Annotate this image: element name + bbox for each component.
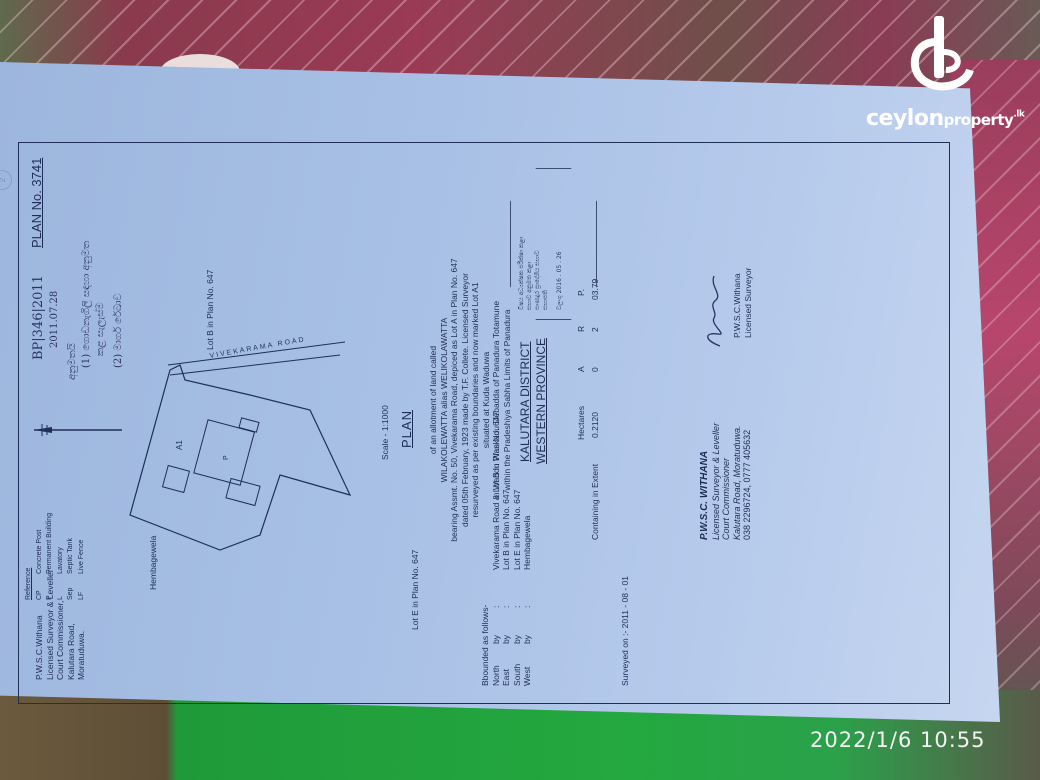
- desc-line: bearing Assmt. No. 50, Vivekarama Road, …: [449, 240, 460, 560]
- stamp-line: සභාව අනුමත කළා: [526, 237, 534, 310]
- signer-name: P.W.S.C. WITHANA: [700, 423, 711, 540]
- signer-right-name: P.W.S.C.Withana: [732, 268, 743, 338]
- roods-value: 2: [590, 327, 600, 332]
- extent-label: Containing in Extent: [590, 464, 600, 540]
- bound-sep: :: [512, 578, 523, 608]
- hectares-value: 0.2120: [590, 412, 600, 438]
- scale-label: Scale - 1:1000: [380, 405, 390, 460]
- bound-dir: East: [501, 652, 512, 686]
- bound-value: Hembagewela: [522, 516, 533, 570]
- desc-line: resurveyed as per existing boundaries an…: [470, 240, 481, 560]
- stamp-text: විෂය අධ්‍යක්ෂක පරීක්ෂා කළා සභාව අනුමත කළ…: [518, 237, 564, 310]
- bound-dir: North: [491, 652, 502, 686]
- handwritten-note-2: (1) ගොඩනැගිලි සඳහා අනුමත: [82, 241, 92, 368]
- acres-label: A: [576, 366, 586, 372]
- signature-block: P.W.S.C. WITHANA Licensed Surveyor & Lev…: [700, 423, 753, 540]
- ref-meaning: Live Fence: [77, 540, 88, 574]
- brand-sub: property: [944, 111, 1014, 129]
- ref-code: Sep: [66, 582, 77, 600]
- ref-code: P: [45, 582, 56, 600]
- ref-code: L: [56, 582, 67, 600]
- boundaries: Bbounded as follows- Northby:Vivekarama …: [480, 412, 533, 686]
- ref-meaning: Lavatory: [56, 547, 67, 574]
- bound-sep: :: [491, 578, 502, 608]
- page-mark: 2: [0, 170, 12, 190]
- bound-value: Vivekarama Road & Lot B in Plan No. 647: [491, 412, 502, 570]
- bound-dir: South: [512, 652, 523, 686]
- bound-by: by: [522, 616, 533, 644]
- plan-number: PLAN No. 3741: [32, 158, 42, 248]
- ref-meaning: Permanent Building: [45, 513, 56, 574]
- stamp-line: පාණදුර ප්‍රාදේශීය සභාව: [534, 237, 542, 310]
- signer-phone: 038 2296724, 0777 405632: [742, 423, 753, 540]
- signer-role: Court Commissioner: [721, 423, 732, 540]
- desc-line: of an allotment of land called: [428, 240, 439, 560]
- signer-address: Kalutara Road, Moratuduwa.: [732, 423, 743, 540]
- boundaries-title: Bbounded as follows-: [480, 412, 491, 686]
- province-label: WESTERN PROVINCE: [536, 338, 546, 464]
- stamp-line: විෂය අධ්‍යක්ෂක පරීක්ෂා කළා: [518, 237, 526, 310]
- bound-dir: West: [522, 652, 533, 686]
- ref-code: CP: [35, 582, 46, 600]
- bound-by: by: [501, 616, 512, 644]
- reference-legend: Reference CPConcrete Post PPermanent Bui…: [24, 513, 87, 600]
- bound-sep: :: [522, 578, 533, 608]
- signature-icon: [700, 270, 730, 350]
- brand-tld: .lk: [1013, 110, 1024, 120]
- signer-right-title: Licensed Surveyor: [743, 268, 754, 338]
- handwritten-ref: BP|346|2011: [34, 275, 44, 360]
- stamp-date: වලංගු 2016 . 05 . 26: [556, 237, 564, 310]
- ceylonproperty-watermark: ceylonproperty.lk: [866, 12, 1036, 132]
- bound-by: by: [491, 616, 502, 644]
- ref-meaning: Concrete Post: [35, 530, 46, 574]
- roods-label: R: [576, 326, 586, 332]
- map-label-west: Lot E in Plan No. 647: [410, 550, 420, 630]
- handwritten-note-1: අනුමතයි: [68, 343, 78, 380]
- handwritten-note-3: කළ සැලැස්ම: [96, 302, 106, 356]
- road-label: VIVEKARAMA ROAD: [209, 336, 306, 360]
- ceylonproperty-logo-icon: [906, 12, 976, 102]
- surveyed-on: Surveyed on :- 2011 - 08 - 01: [620, 576, 630, 686]
- brand-main: ceylon: [866, 106, 944, 131]
- ref-meaning: Septic Tank: [66, 538, 77, 574]
- bound-value: Lot E in Plan No. 647: [512, 490, 523, 570]
- handwritten-date: 2011.07.28: [50, 291, 60, 348]
- bound-by: by: [512, 616, 523, 644]
- signer-right: P.W.S.C.Withana Licensed Surveyor: [732, 268, 753, 338]
- signer-title: Licensed Surveyor & Leveller: [711, 423, 722, 540]
- survey-plan-document: 2 P.W.S.C.Withana Licensed Surveyor & Le…: [10, 120, 970, 720]
- desc-line: WILAKOLEWATTA alias WELIKOLAWATTA: [439, 240, 450, 560]
- bound-sep: :: [501, 578, 512, 608]
- stamp-line: සභාපති: [542, 237, 550, 310]
- lot-label: A1: [175, 440, 184, 450]
- land-plot-drawing: VIVEKARAMA ROAD A1 P: [110, 330, 370, 570]
- hectares-label: Hectares: [576, 406, 586, 440]
- reference-title: Reference: [24, 513, 35, 600]
- watermark-text: ceylonproperty.lk: [866, 106, 1024, 131]
- acres-value: 0: [590, 367, 600, 372]
- svg-text:P: P: [223, 455, 230, 460]
- bound-value: Lot B in Plan No. 647: [501, 490, 512, 570]
- ref-code: LF: [77, 582, 88, 600]
- plan-title: PLAN: [402, 410, 412, 448]
- desc-line: dated 05th February, 1923 made by T.F. C…: [460, 240, 471, 560]
- photo-timestamp: 2022/1/6 10:55: [810, 728, 986, 752]
